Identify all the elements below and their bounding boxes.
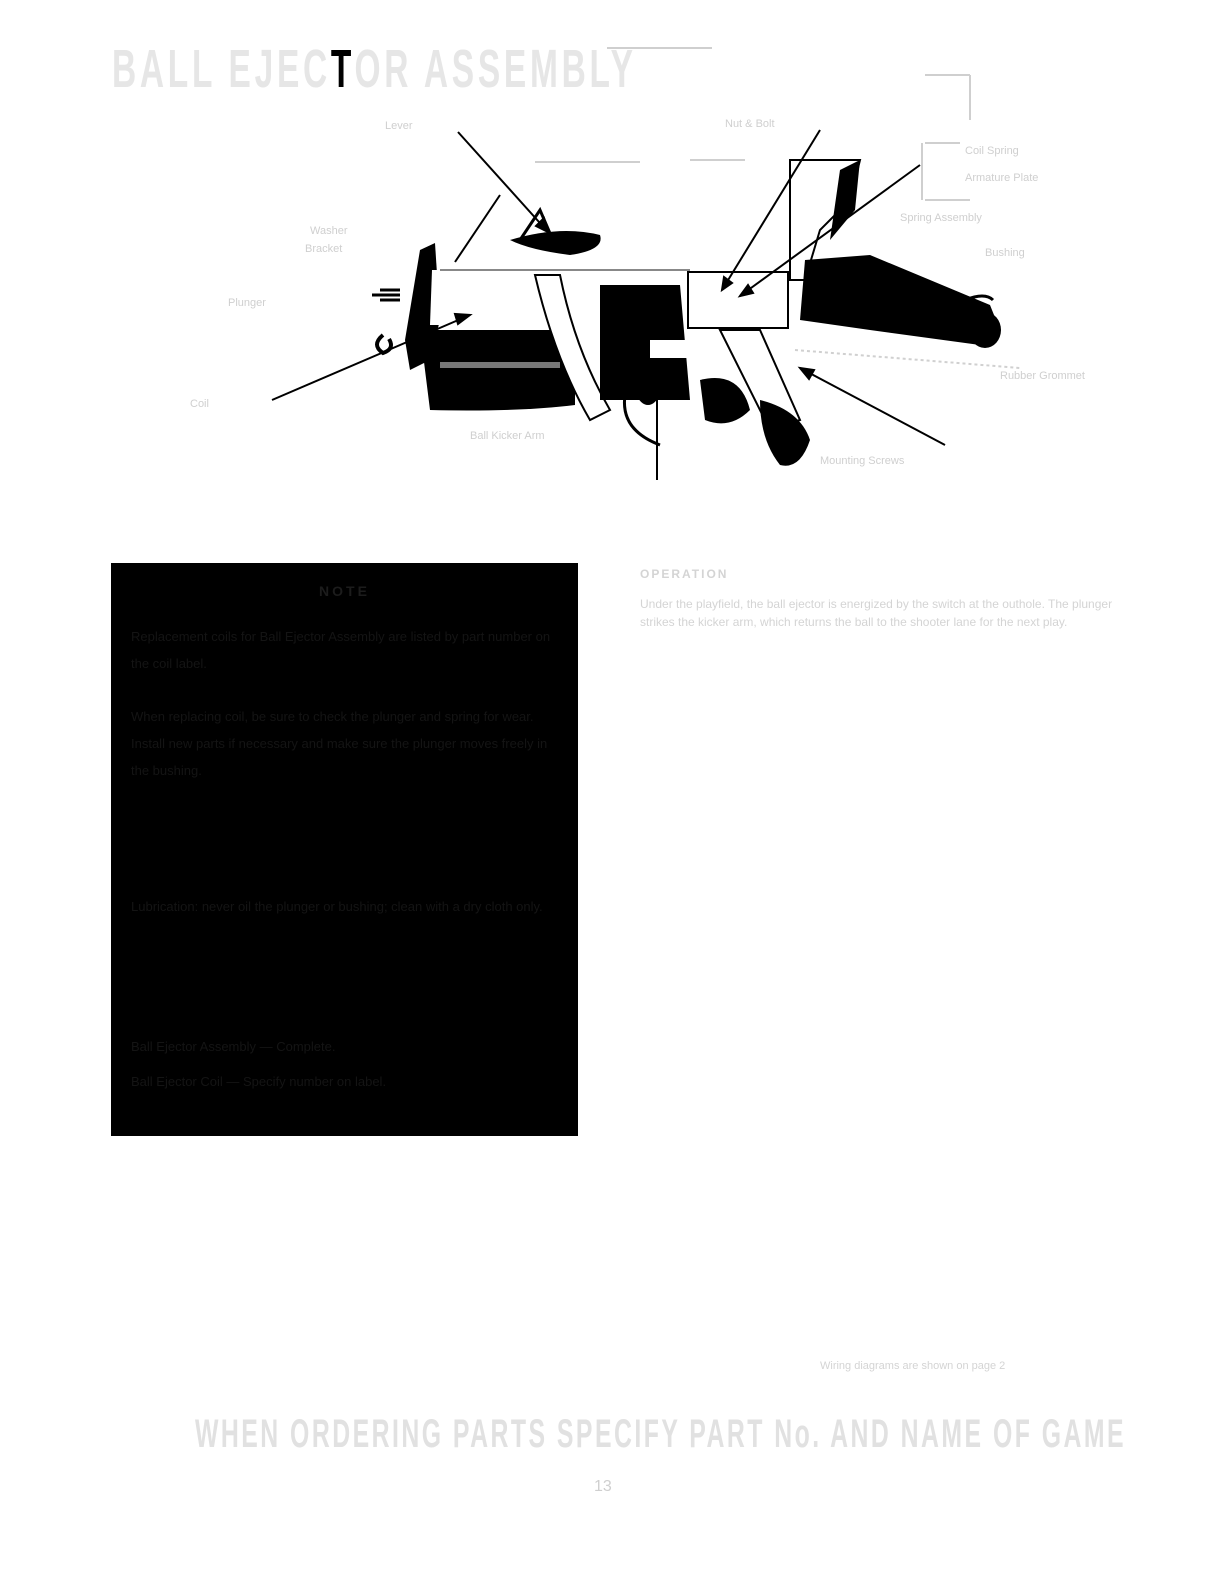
callout-label: Bracket <box>305 243 342 255</box>
note-paragraph: Replacement coils for Ball Ejector Assem… <box>131 623 560 677</box>
callout-label: Spring Assembly <box>900 212 982 224</box>
callout-label: Ball Kicker Arm <box>470 430 545 442</box>
note-paragraph: Ball Ejector Coil — Specify number on la… <box>131 1068 560 1095</box>
ordering-banner: WHEN ORDERING PARTS SPECIFY PART No. AND… <box>195 1412 1126 1457</box>
operation-section: OPERATION Under the playfield, the ball … <box>640 565 1120 631</box>
callout-label: Mounting Screws <box>820 455 904 467</box>
note-heading: NOTE <box>111 583 578 599</box>
callout-label: Armature Plate <box>965 172 1038 184</box>
callout-label: Plunger <box>228 297 266 309</box>
callout-label: Coil <box>190 398 209 410</box>
callout-label: Washer <box>310 225 348 237</box>
callout-label: Coil Spring <box>965 145 1019 157</box>
footer-small-note: Wiring diagrams are shown on page 2 <box>820 1360 1005 1372</box>
operation-body: Under the playfield, the ball ejector is… <box>640 595 1120 631</box>
page-number: 13 <box>594 1478 612 1496</box>
callout-label: Nut & Bolt <box>725 118 775 130</box>
callout-label: Bushing <box>985 247 1025 259</box>
operation-heading: OPERATION <box>640 565 1120 583</box>
note-box: NOTE Replacement coils for Ball Ejector … <box>111 563 578 1136</box>
ball-ejector-diagram <box>0 0 1224 560</box>
callout-label: Lever <box>385 120 413 132</box>
note-paragraph: Lubrication: never oil the plunger or bu… <box>131 893 560 920</box>
note-paragraph: When replacing coil, be sure to check th… <box>131 703 560 784</box>
note-paragraph: Ball Ejector Assembly — Complete. <box>131 1033 560 1060</box>
callout-label: Rubber Grommet <box>1000 370 1085 382</box>
